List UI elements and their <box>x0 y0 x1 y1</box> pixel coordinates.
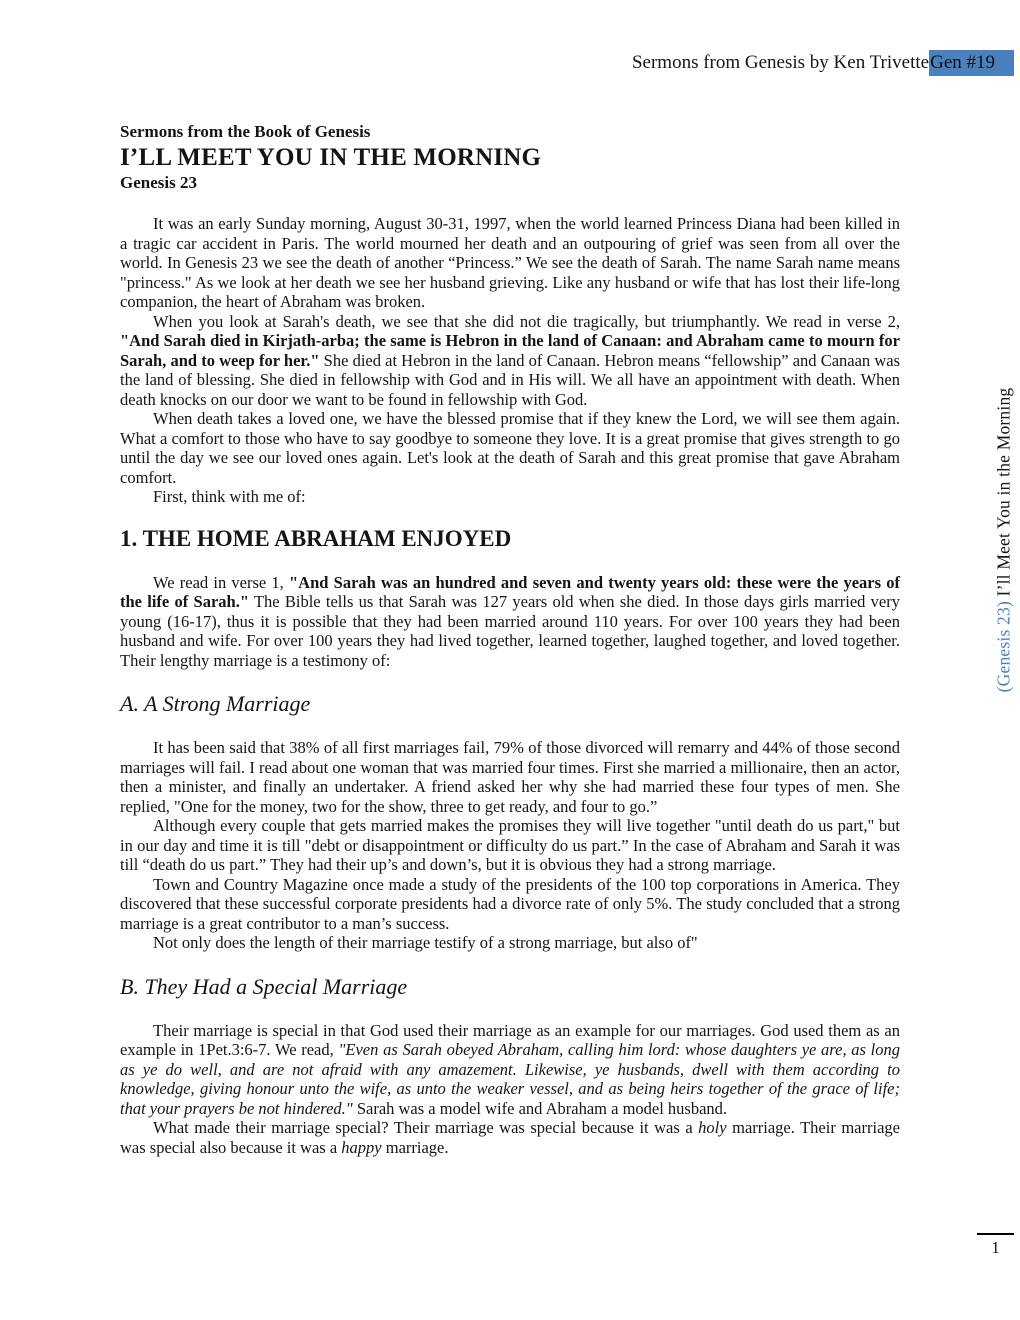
intro-paragraph-2: When you look at Sarah's death, we see t… <box>120 312 900 410</box>
document-page: Sermons from Genesis by Ken TrivetteGen … <box>0 0 1020 1320</box>
section-1-heading: 1. THE HOME ABRAHAM ENJOYED <box>120 525 900 553</box>
margin-sermon-title: I’ll Meet You in the Morning <box>994 388 1014 601</box>
running-header-title: Sermons from Genesis by Ken Trivette <box>632 52 929 73</box>
subsection-b-paragraph-2: What made their marriage special? Their … <box>120 1118 900 1157</box>
text-run: We read in verse 1, <box>153 573 289 592</box>
subsection-a-paragraph-1: It has been said that 38% of all first m… <box>120 738 900 816</box>
subsection-a-paragraph-3: Town and Country Magazine once made a st… <box>120 875 900 934</box>
text-run: First, think with me of: <box>153 487 306 506</box>
subsection-a-paragraph-4: Not only does the length of their marria… <box>120 933 900 953</box>
subsection-b-heading: B. They Had a Special Marriage <box>120 973 900 1000</box>
text-run: Not only does the length of their marria… <box>153 933 698 952</box>
text-run: Sarah was a model wife and Abraham a mod… <box>353 1099 727 1118</box>
running-header: Sermons from Genesis by Ken TrivetteGen … <box>120 50 1014 76</box>
subsection-a-heading: A. A Strong Marriage <box>120 690 900 717</box>
text-run: Although every couple that gets married … <box>120 816 900 874</box>
document-body: Sermons from the Book of Genesis I’LL ME… <box>120 121 900 1157</box>
text-run: holy <box>698 1118 726 1137</box>
margin-vertical-label: (Genesis 23) I’ll Meet You in the Mornin… <box>994 388 1015 693</box>
text-run: When you look at Sarah's death, we see t… <box>153 312 900 331</box>
text-run: happy <box>341 1138 381 1157</box>
sermon-number-tag: Gen #19 <box>929 50 1014 76</box>
page-number: 1 <box>977 1233 1014 1258</box>
text-run: What made their marriage special? Their … <box>153 1118 698 1137</box>
scripture-reference: Genesis 23 <box>120 172 900 194</box>
margin-scripture-reference: (Genesis 23) <box>994 601 1014 692</box>
series-title: Sermons from the Book of Genesis <box>120 121 900 143</box>
sermon-title: I’LL MEET YOU IN THE MORNING <box>120 143 900 172</box>
intro-paragraph-4: First, think with me of: <box>120 487 900 507</box>
intro-paragraph-1: It was an early Sunday morning, August 3… <box>120 214 900 312</box>
text-run: It has been said that 38% of all first m… <box>120 738 900 816</box>
text-run: Town and Country Magazine once made a st… <box>120 875 900 933</box>
text-run: marriage. <box>382 1138 449 1157</box>
subsection-b-paragraph-1: Their marriage is special in that God us… <box>120 1021 900 1119</box>
section-1-paragraph-1: We read in verse 1, "And Sarah was an hu… <box>120 573 900 671</box>
subsection-a-paragraph-2: Although every couple that gets married … <box>120 816 900 875</box>
text-run: It was an early Sunday morning, August 3… <box>120 214 900 311</box>
text-run: When death takes a loved one, we have th… <box>120 409 900 487</box>
intro-paragraph-3: When death takes a loved one, we have th… <box>120 409 900 487</box>
